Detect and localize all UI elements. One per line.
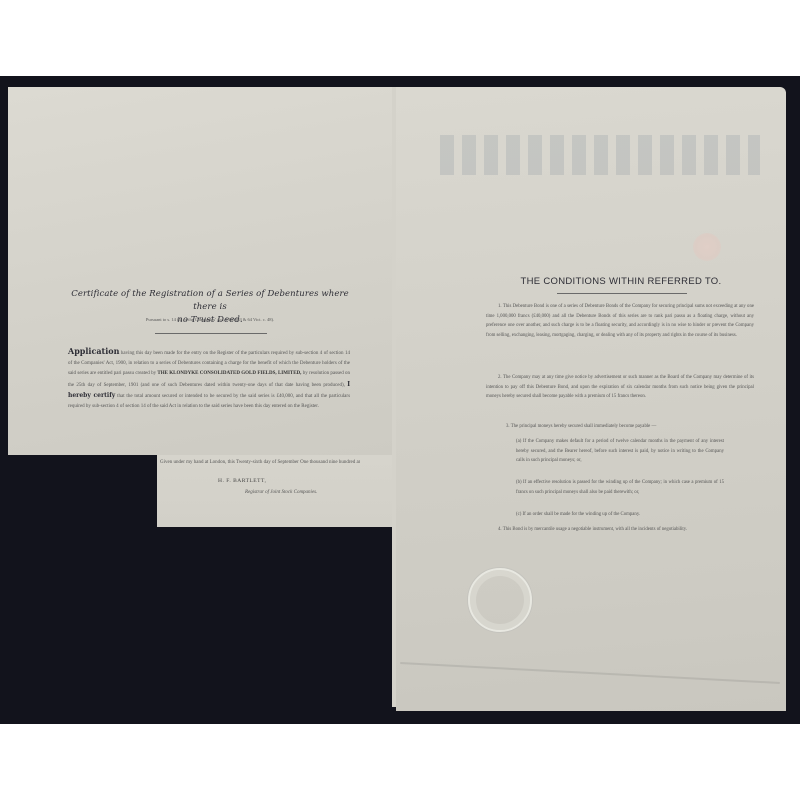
application-lead: Application bbox=[68, 346, 119, 356]
condition-4: 4. This Bond is by mercantile usage a ne… bbox=[486, 525, 754, 535]
divider-rule bbox=[155, 333, 267, 334]
condition-1: 1. This Debenture Bond is one of a serie… bbox=[486, 302, 754, 340]
signatory-name: H. F. BARTLETT, bbox=[218, 478, 266, 484]
statutory-reference: Pursuant to s. 14 (6) of the Companies' … bbox=[60, 317, 360, 322]
application-paragraph: Application having this day been made fo… bbox=[68, 346, 350, 412]
sub-condition-b: (b) If an effective resolution is passed… bbox=[516, 478, 724, 497]
signatory-title: Registrar of Joint Stock Companies. bbox=[245, 490, 317, 495]
certificate-title-line1: Certificate of the Registration of a Ser… bbox=[60, 288, 360, 314]
given-line: Given under my hand at London, this Twen… bbox=[160, 458, 360, 468]
company-name: THE KLONDYKE CONSOLIDATED GOLD FIELDS, L… bbox=[157, 371, 301, 376]
sub-condition-c: (c) If an order shall be made for the wi… bbox=[516, 510, 724, 520]
conditions-title: THE CONDITIONS WITHIN REFERRED TO. bbox=[476, 276, 766, 287]
sub-condition-a: (a) If the Company makes default for a p… bbox=[516, 437, 724, 466]
faded-heading-watermark bbox=[440, 135, 760, 175]
embossed-seal bbox=[468, 568, 532, 632]
condition-3: 3. The principal moneys hereby secured s… bbox=[506, 422, 756, 432]
condition-2: 2. The Company may at any time give noti… bbox=[486, 373, 754, 402]
revenue-stamp-mark bbox=[693, 233, 721, 261]
conditions-divider bbox=[557, 293, 687, 294]
